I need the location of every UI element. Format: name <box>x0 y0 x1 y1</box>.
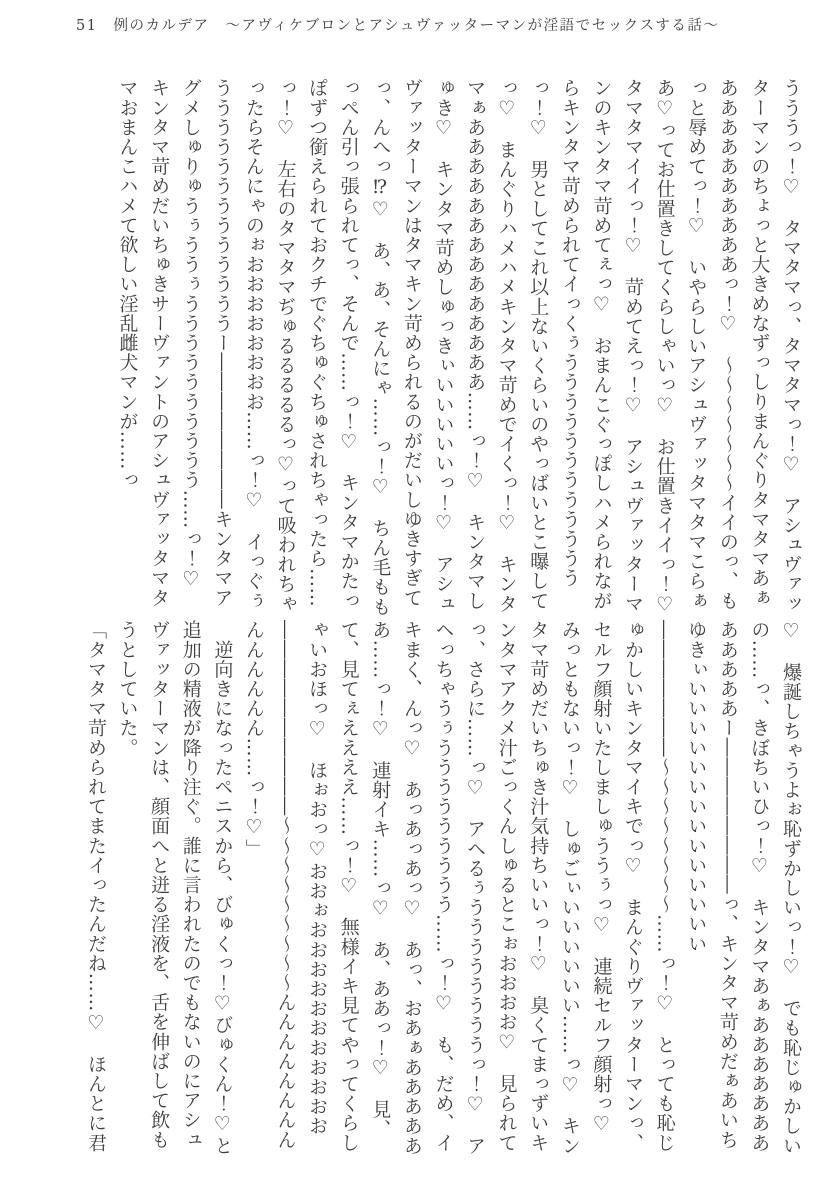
page-header: 51例のカルデア 〜アヴィケブロンとアシュヴァッターマンが淫語でセックスする話〜 <box>76 14 719 35</box>
dialogue-paragraph-end: ♡ 爆誕しちゃうよぉ恥ずかしいっ！♡ でも恥じゅかしいの……っ、きぼちいひっ！♡… <box>237 620 806 1162</box>
text-band-top: うううっ！♡ タマタマっ、タマタマっ！♡ アシュヴァッターマンのちょっと大きめな… <box>82 78 806 618</box>
page-title: 例のカルデア 〜アヴィケブロンとアシュヴァッターマンが淫語でセックスする話〜 <box>113 18 719 34</box>
document-page: { "header": { "page_number": "51", "titl… <box>0 0 840 1191</box>
text-band-bottom: ♡ 爆誕しちゃうよぉ恥ずかしいっ！♡ でも恥じゅかしいの……っ、きぼちいひっ！♡… <box>82 620 806 1162</box>
page-number: 51 <box>76 18 97 34</box>
narration-paragraph: 逆向きになったペニスから、びゅくっ！♡びゅくん！♡と追加の精液が降り注ぐ。誰に言… <box>111 620 237 1162</box>
page-background: 51例のカルデア 〜アヴィケブロンとアシュヴァッターマンが淫語でセックスする話〜… <box>0 0 840 1191</box>
dialogue-paragraph-continued: うううっ！♡ タマタマっ、タマタマっ！♡ アシュヴァッターマンのちょっと大きめな… <box>111 78 806 618</box>
dialogue-paragraph-new: 「タマタマ苛められてまたイったんだね……♡ ほんとに君 <box>82 620 111 1162</box>
